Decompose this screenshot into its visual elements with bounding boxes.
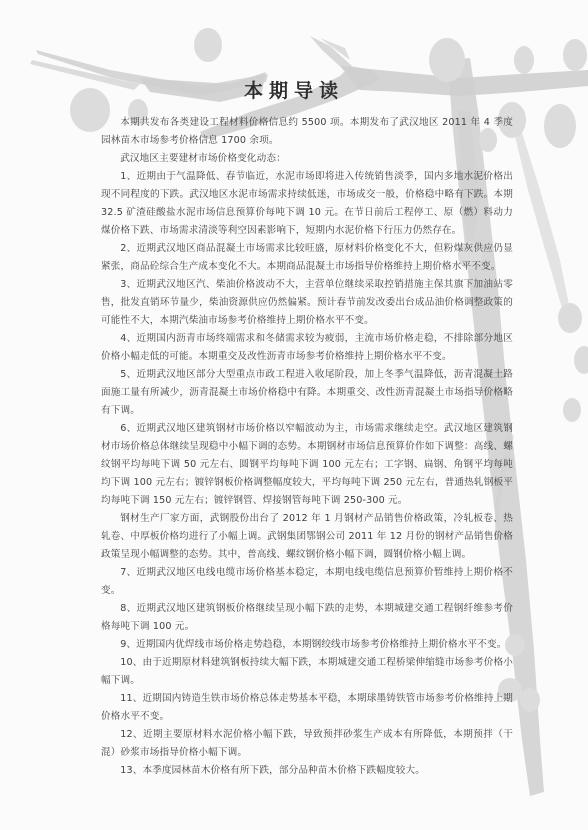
list-item: 钢材生产厂家方面，武钢股份出台了 2012 年 1 月钢材产品销售价格政策，冷轧… <box>101 510 513 564</box>
intro-paragraph: 本期共发布各类建设工程材料价格信息约 5500 项。本期发布了武汉地区 2011… <box>101 114 513 150</box>
list-item: 3、近期武汉地区汽、柴油价格波动不大，主营单位继续采取控销措施主保其旗下加油站零… <box>101 276 513 330</box>
list-item: 6、近期武汉地区建筑钢材市场价格以窄幅波动为主，市场需求继续走空。武汉地区建筑钢… <box>101 420 513 510</box>
section-heading: 武汉地区主要建材市场价格变化动态： <box>101 150 513 168</box>
list-item: 7、近期武汉地区电线电缆市场价格基本稳定，本期电线电缆信息预算价暂维持上期价格不… <box>101 564 513 600</box>
list-item: 12、近期主要原材料水泥价格小幅下跌，导致预拌砂浆生产成本有所降低，本期预拌（干… <box>101 726 513 762</box>
list-item: 4、近期国内沥青市场终端需求和冬储需求较为疲弱，主流市场价格走稳，不排除部分地区… <box>101 330 513 366</box>
list-item: 5、近期武汉地区部分大型重点市政工程进入收尾阶段，加上冬季气温降低，沥青混凝土路… <box>101 366 513 420</box>
list-item: 1、近期由于气温降低、春节临近，水泥市场即将进入传统销售淡季，国内多地水泥价格出… <box>101 168 513 240</box>
list-item: 10、由于近期原材料建筑钢板持续大幅下跌，本期城建交通工程桥梁伸缩缝市场参考价格… <box>101 654 513 690</box>
list-item: 13、本季度园林苗木价格有所下跌，部分品种苗木价格下跌幅度较大。 <box>101 762 513 780</box>
list-item: 11、近期国内铸造生铁市场价格总体走势基本平稳，本期球墨铸铁管市场参考价格维持上… <box>101 690 513 726</box>
list-item: 8、近期武汉地区建筑钢板价格继续呈现小幅下跌的走势，本期城建交通工程钢纤维参考价… <box>101 600 513 636</box>
list-item: 9、近期国内优焊线市场价格走势趋稳，本期钢绞线市场参考价格维持上期价格水平不变。 <box>101 636 513 654</box>
page-title: 本期导读 <box>0 76 588 103</box>
document-body: 本期共发布各类建设工程材料价格信息约 5500 项。本期发布了武汉地区 2011… <box>101 114 513 780</box>
list-item: 2、近期武汉地区商品混凝土市场需求比较旺盛，原材料价格变化不大，但粉煤灰供应仍显… <box>101 240 513 276</box>
